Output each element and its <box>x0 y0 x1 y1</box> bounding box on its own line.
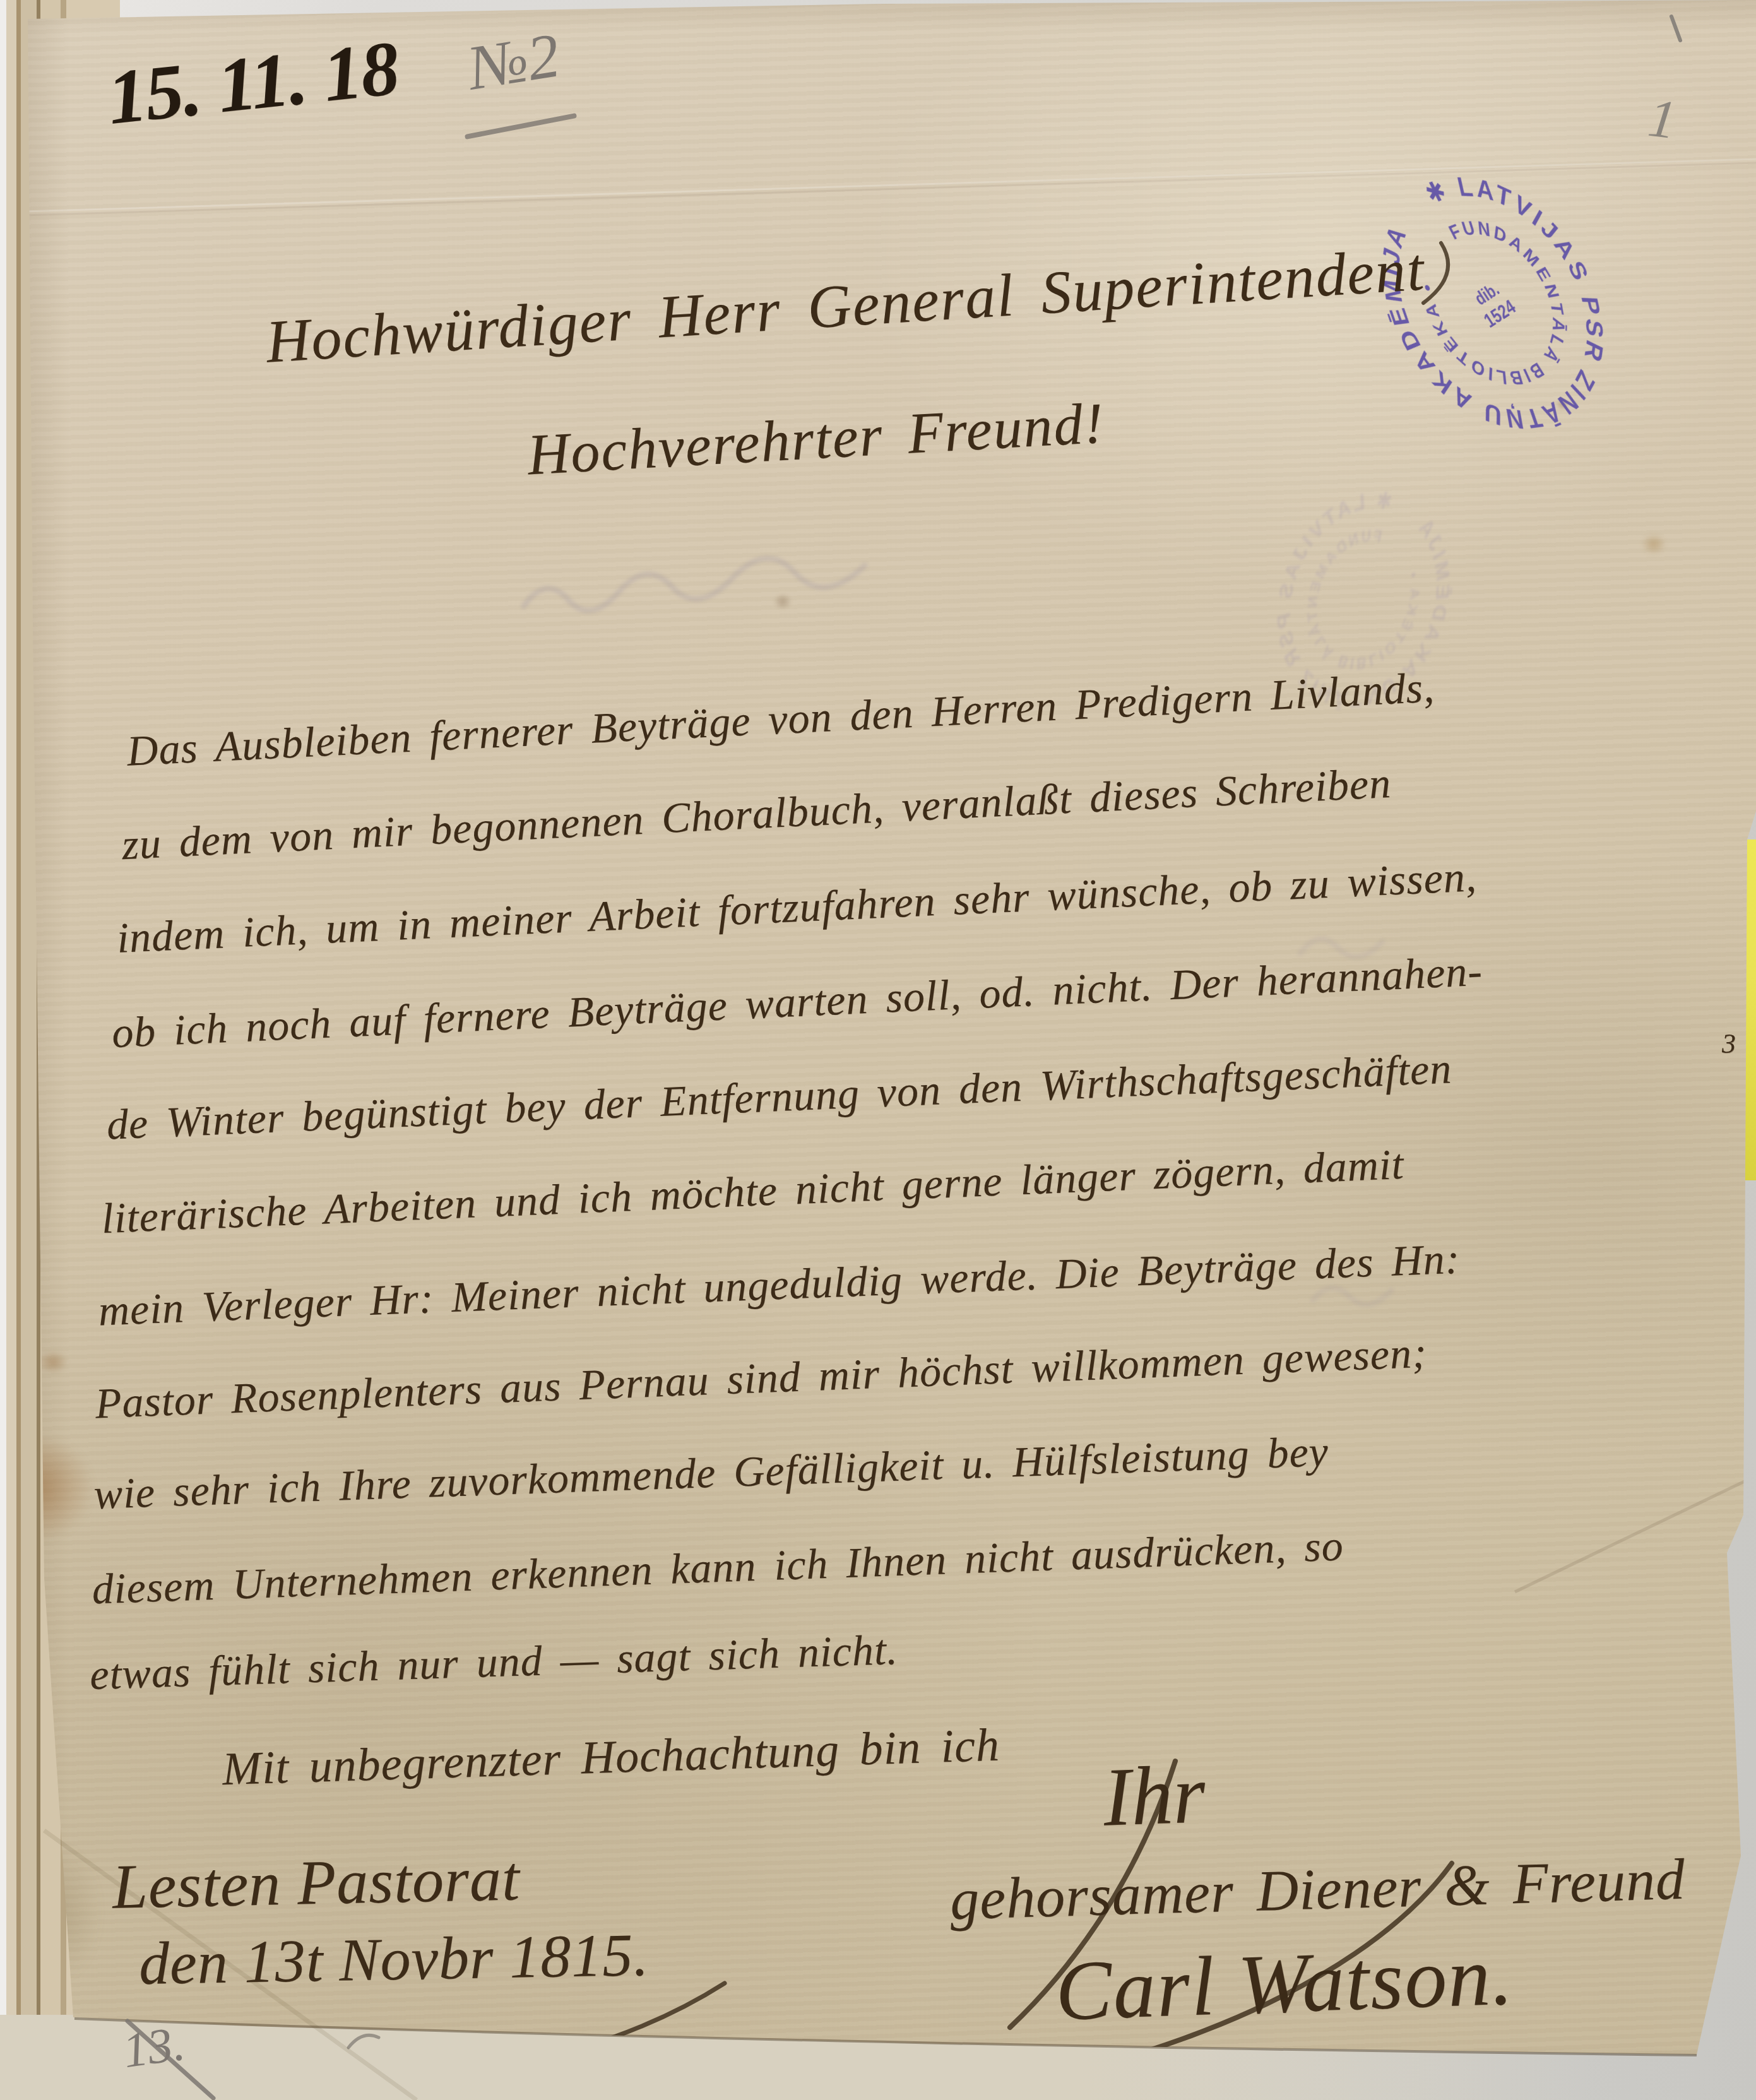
vignette <box>0 0 1756 2100</box>
letter-page: 15. 11. 18 №2 1 ✱ LATVIJAS PSR ZINĀTŅU A… <box>0 0 1756 2100</box>
pencil-crossed-number: 13. <box>119 2015 188 2080</box>
photographed-letter: 15. 11. 18 №2 1 ✱ LATVIJAS PSR ZINĀTŅU A… <box>0 0 1756 2100</box>
